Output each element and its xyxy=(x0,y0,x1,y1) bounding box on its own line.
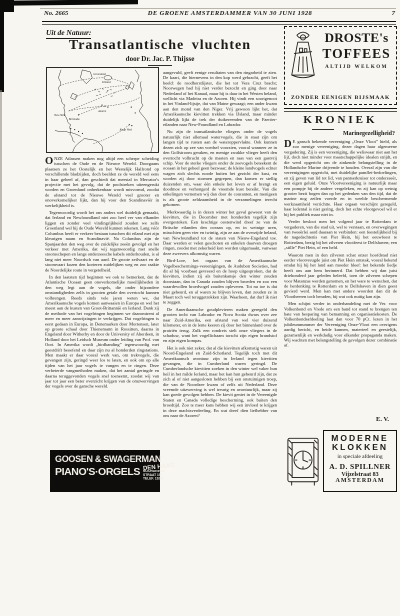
flight-route xyxy=(69,88,130,111)
mid-ocean-marks xyxy=(94,89,115,97)
goosen-products: PIANO'S·ORGELS xyxy=(55,466,140,478)
coastline-newfoundland xyxy=(71,93,77,99)
droste-tagline: ALTIJD WELKOM xyxy=(319,65,394,70)
kroniek-rule xyxy=(312,129,334,130)
kroniek-body: DE gansch bekende vereeniging „Onze Vloo… xyxy=(284,139,397,415)
article-column-2: aangevuld, geeft eenige resultaten van d… xyxy=(163,70,277,499)
drop-cap: O xyxy=(45,156,54,165)
coastline-greenland xyxy=(81,70,93,84)
article-paragraph: Tegenwoordig wordt het ons anders wel du… xyxy=(45,210,159,272)
map-label: IJsland xyxy=(101,80,111,84)
drop-cap: D xyxy=(284,139,293,148)
scan-artifact-left-faint xyxy=(0,90,2,240)
article-title: Transatlantische vluchten xyxy=(45,38,275,54)
droste-brand: DROSTE's xyxy=(319,30,394,46)
byline-rule xyxy=(148,65,172,66)
spillner-subline: in speciale afdeeling xyxy=(326,454,394,460)
droste-product: TOFFEES xyxy=(319,46,394,62)
flight-route xyxy=(112,79,130,85)
droste-nurse-icon xyxy=(287,30,319,82)
kroniek-paragraph: Verder besloot men het volgend jaar te R… xyxy=(284,219,397,250)
kroniek-divider-thin xyxy=(284,111,397,112)
article-paragraph: ONZE Atlassen maken nog altijd een scher… xyxy=(45,156,159,208)
flight-route xyxy=(105,97,140,106)
map-label: New-York xyxy=(53,113,66,117)
article-byline: door Dr. Jac. P. Thijsse xyxy=(45,55,275,63)
kroniek-paragraph: Waarom men in den zilveren schat onzer h… xyxy=(284,252,397,299)
coastline-central-america xyxy=(55,131,80,137)
kroniek-subheading: Marinegezelligheid? xyxy=(284,131,395,137)
map-label: Azoren xyxy=(97,109,107,113)
kroniek-heading: KRONIEK xyxy=(284,114,397,126)
coastline-britain xyxy=(129,82,134,90)
spillner-clock-ad: MODERNE KLOKKEN in speciale afdeeling A.… xyxy=(286,430,397,492)
masthead-rule-thin xyxy=(42,24,396,25)
map-svg: Groenland IJsland New-York Azoren Bermud… xyxy=(47,68,158,152)
spillner-name: A. D. SPILLNER xyxy=(326,462,394,471)
kroniek-divider xyxy=(284,108,397,109)
map-label: Kaap Verd xyxy=(119,128,133,132)
goosen-name: GOOSEN & SWAGERMAN xyxy=(55,454,155,464)
goosen-piano-ad: GOOSEN & SWAGERMAN PIANO'S·ORGELS DEN HA… xyxy=(50,450,160,492)
masthead-title: DE GROENE AMSTERDAMMER VAN 30 JUNI 1928 xyxy=(148,10,312,17)
coastline-norway xyxy=(135,70,139,82)
masthead: No. 2665 DE GROENE AMSTERDAMMER VAN 30 J… xyxy=(44,10,395,17)
article-paragraph: In den laatsten tijd beginnen we ook te … xyxy=(45,274,159,388)
issue-number: No. 2665 xyxy=(44,10,68,17)
spillner-headline-2: KLOKKEN xyxy=(326,443,394,452)
masthead-top-rule xyxy=(40,8,396,9)
scan-artifact-left xyxy=(0,0,4,92)
scan-artifact-top xyxy=(0,0,138,6)
article-paragraph: aangevuld, geeft eenige resultaten van d… xyxy=(163,70,277,127)
map-label: Groenland xyxy=(93,72,106,76)
droste-subline: ZONDER EENIGEN BIJSMAAK xyxy=(287,95,394,101)
newspaper-page: No. 2665 DE GROENE AMSTERDAMMER VAN 30 J… xyxy=(0,0,400,616)
article-paragraph: Merkwaardig is in dezen winter het geval… xyxy=(163,209,277,256)
kroniek-paragraph: DE gansch bekende vereeniging „Onze Vloo… xyxy=(284,139,397,217)
coastline-europe-africa xyxy=(139,82,153,152)
spillner-city: AMSTERDAM xyxy=(326,478,394,484)
kroniek-paragraph: Men schijnt verder in onderhandeling met… xyxy=(284,301,397,348)
goosen-address-line: TELEF. 11051 xyxy=(143,477,165,481)
coastline-south-america xyxy=(73,138,103,152)
article-paragraph: Bird-Lore, het orgaan van de Amerikaansc… xyxy=(163,258,277,305)
coastline-iceland xyxy=(104,76,112,80)
article-paragraph: Het is ook niet zeker, dat al die kievit… xyxy=(163,345,277,418)
droste-toffees-ad: DROSTE's TOFFEES ALTIJD WELKOM ZONDER EE… xyxy=(284,26,397,105)
article-column-1: ONZE Atlassen maken nog altijd een scher… xyxy=(45,156,159,448)
article-paragraph: Nu zijn de transatlantische vliegers ond… xyxy=(163,129,277,207)
mantel-clock-icon xyxy=(286,432,320,490)
article-paragraph: De Amerikaansche goudplevieren maken ger… xyxy=(163,307,277,343)
scan-artifact-corner xyxy=(0,0,14,12)
flight-route xyxy=(75,86,130,98)
kroniek-signature: E. V. xyxy=(284,416,389,423)
atlantic-route-map-illustration: Groenland IJsland New-York Azoren Bermud… xyxy=(46,67,159,153)
map-label: Bermuda xyxy=(69,117,80,121)
page-number: 7 xyxy=(392,10,395,17)
masthead-rule xyxy=(42,21,396,22)
